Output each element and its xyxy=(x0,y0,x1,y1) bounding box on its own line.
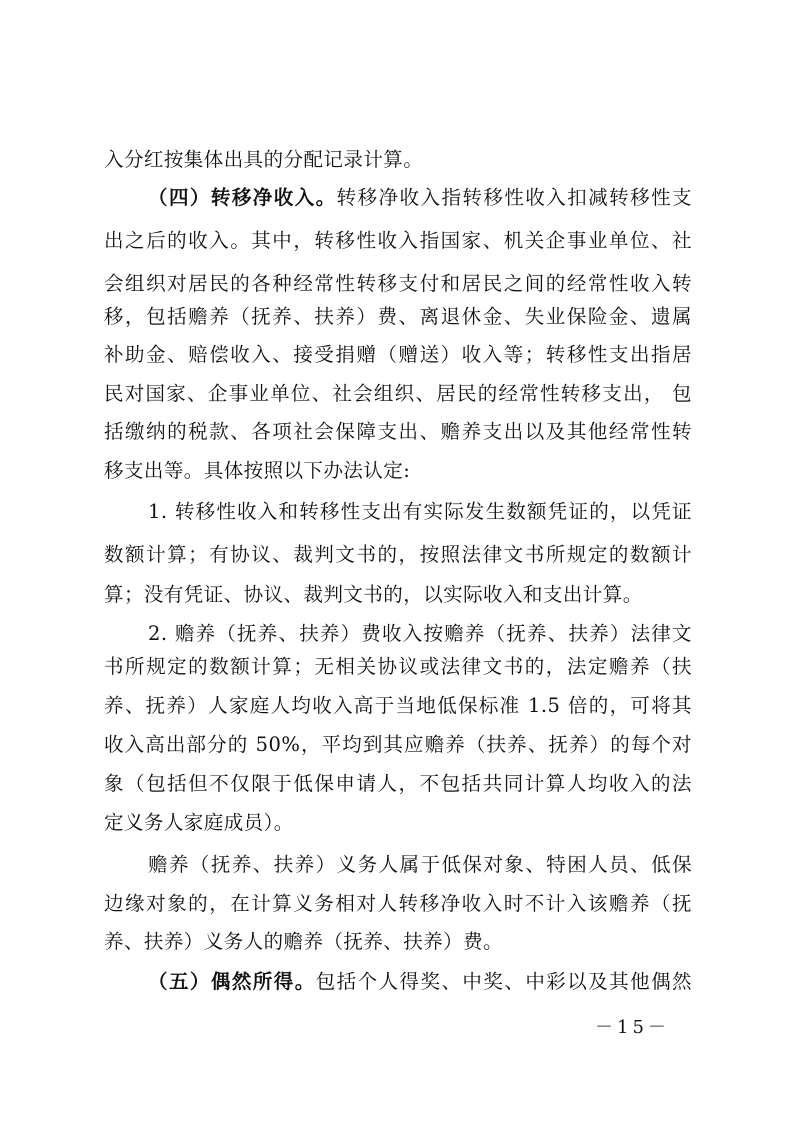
paragraph-line: 数额计算；有协议、裁判文书的，按照法律文书所规定的数额计 xyxy=(104,541,692,569)
paragraph-line: 移，包括赡养（抚养、扶养）费、离退休金、失业保险金、遗属 xyxy=(104,303,692,331)
paragraph-line: 移支出等。具体按照以下办法认定: xyxy=(104,457,692,485)
section-heading-five: （五）偶然所得。包括个人得奖、中奖、中彩以及其他偶然 xyxy=(148,968,692,996)
paragraph-line: 出之后的收入。其中，转移性收入指国家、机关企事业单位、社 xyxy=(104,227,692,255)
paragraph-line: 补助金、赔偿收入、接受捐赠（赠送）收入等；转移性支出指居 xyxy=(104,341,692,369)
paragraph-line: 入分红按集体出具的分配记录计算。 xyxy=(104,146,692,174)
paragraph-line: 养、抚养）人家庭人均收入高于当地低保标准 1.5 倍的，可将其 xyxy=(104,692,692,720)
heading-incidental-income: （五）偶然所得。 xyxy=(148,970,316,993)
paragraph-line: 书所规定的数额计算；无相关协议或法律文书的，法定赡养（扶 xyxy=(104,653,692,681)
paragraph-line: 象（包括但不仅限于低保申请人，不包括共同计算人均收入的法 xyxy=(104,770,692,798)
paragraph-line: 养、扶养）义务人的赡养（抚养、扶养）费。 xyxy=(104,928,692,956)
paragraph-line: 括缴纳的税款、各项社会保障支出、赡养支出以及其他经常性转 xyxy=(104,418,692,446)
paragraph-text: 包括个人得奖、中奖、中彩以及其他偶然 xyxy=(316,970,692,993)
paragraph-line: 赡养（抚养、扶养）义务人属于低保对象、特困人员、低保 xyxy=(148,851,692,879)
paragraph-text: 转移净收入指转移性收入扣减转移性支 xyxy=(337,186,692,209)
paragraph-line: 民对国家、企事业单位、社会组织、居民的经常性转移支出， 包 xyxy=(104,380,692,408)
list-item-2: 2. 赡养（抚养、扶养）费收入按赡养（抚养、扶养）法律文 xyxy=(148,620,692,648)
section-heading-four: （四）转移净收入。转移净收入指转移性收入扣减转移性支 xyxy=(148,184,692,212)
heading-transfer-net-income: （四）转移净收入。 xyxy=(148,186,337,209)
paragraph-line: 定义务人家庭成员）。 xyxy=(104,809,692,837)
paragraph-line: 收入高出部分的 50%，平均到其应赡养（扶养、抚养）的每个对 xyxy=(104,731,692,759)
page-number: －15－ xyxy=(595,1013,670,1039)
paragraph-line: 算；没有凭证、协议、裁判文书的，以实际收入和支出计算。 xyxy=(104,581,692,609)
paragraph-line: 会组织对居民的各种经常性转移支付和居民之间的经常性收入转 xyxy=(104,270,692,298)
list-item-1: 1. 转移性收入和转移性支出有实际发生数额凭证的，以凭证 xyxy=(148,498,692,526)
paragraph-line: 边缘对象的，在计算义务相对人转移净收入时不计入该赡养（抚 xyxy=(104,890,692,918)
